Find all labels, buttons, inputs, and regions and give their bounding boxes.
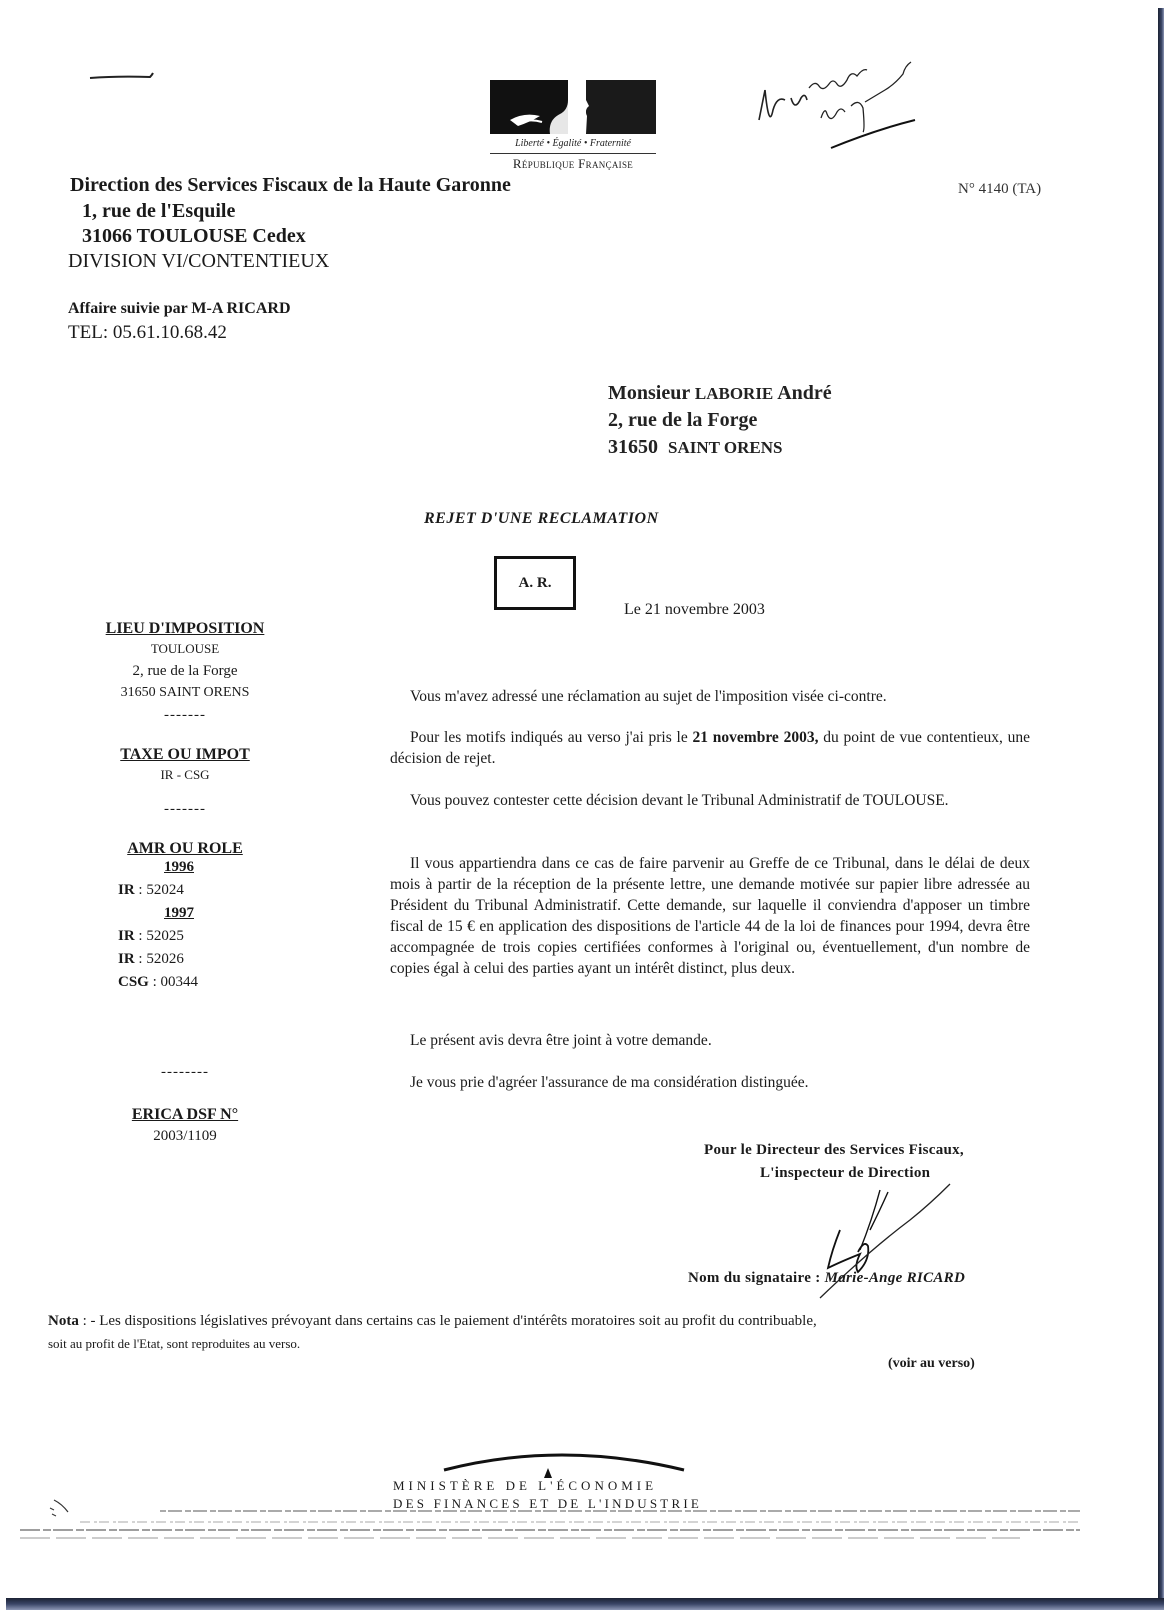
amr-entry: IR : 52026	[118, 948, 288, 971]
sender-division: DIVISION VI/CONTENTIEUX	[68, 250, 329, 273]
page-shadow-bottom	[6, 1598, 1164, 1610]
decision-date: 21 novembre 2003,	[693, 729, 819, 746]
sender-city: 31066 TOULOUSE Cedex	[82, 225, 306, 248]
amr-list: 1996 IR : 52024 1997 IR : 52025 IR : 520…	[118, 856, 288, 994]
separator: -------	[96, 704, 274, 726]
signatory-label: Nom du signataire :	[688, 1270, 821, 1286]
ar-stamp-box: A. R.	[494, 556, 576, 610]
amr-entry: IR : 52025	[118, 925, 288, 948]
recipient-firstname: André	[777, 382, 831, 404]
see-verso-note: (voir au verso)	[888, 1356, 975, 1372]
body-paragraph-4: Il vous appartiendra dans ce cas de fair…	[390, 853, 1030, 979]
logo-republic: République Française	[490, 156, 656, 172]
handwritten-annotation-icon: Aucune bagarre	[755, 40, 955, 150]
amr-year: 1997	[118, 905, 194, 921]
body-paragraph-6: Je vous prie d'agréer l'assurance de ma …	[390, 1072, 1030, 1093]
sender-phone: TEL: 05.61.10.68.42	[68, 322, 227, 344]
lieu-line: 2, rue de la Forge	[96, 660, 274, 682]
separator: -------	[96, 798, 274, 820]
pen-mark	[88, 72, 154, 82]
letter-subject: REJET D'UNE RECLAMATION	[424, 510, 659, 528]
recipient-name-line: Monsieur LABORIE André	[608, 380, 832, 407]
page-shadow-right	[1158, 8, 1164, 1610]
amr-entry: IR : 52024	[118, 879, 288, 902]
marianne-icon	[490, 80, 656, 134]
erica-value: 2003/1109	[96, 1128, 274, 1145]
scan-artifact-lines	[20, 1508, 1080, 1548]
reference-number: N° 4140 (TA)	[958, 181, 1041, 198]
body-paragraph-3: Vous pouvez contester cette décision dev…	[390, 790, 1030, 811]
body-paragraph-1: Vous m'avez adressé une réclamation au s…	[390, 686, 1030, 707]
logo-motto: Liberté • Égalité • Fraternité	[490, 138, 656, 149]
case-handler: Affaire suivie par M-A RICARD	[68, 300, 291, 318]
sender-organization: Direction des Services Fiscaux de la Hau…	[70, 174, 511, 197]
erica-heading: ERICA DSF N°	[96, 1106, 274, 1124]
sender-street: 1, rue de l'Esquile	[82, 200, 235, 223]
separator: --------	[96, 1064, 274, 1081]
amr-entry: CSG : 00344	[118, 971, 288, 994]
recipient-postcode: 31650	[608, 436, 658, 458]
lieu-heading: LIEU D'IMPOSITION	[96, 620, 274, 638]
ministry-line-1: MINISTÈRE DE L'ÉCONOMIE	[393, 1478, 657, 1494]
lieu-line: TOULOUSE	[96, 638, 274, 660]
recipient-street: 2, rue de la Forge	[608, 407, 832, 434]
amr-year: 1996	[118, 859, 194, 875]
letter-date: Le 21 novembre 2003	[624, 601, 765, 619]
letter-page: Liberté • Égalité • Fraternité Républiqu…	[0, 0, 1158, 1600]
scan-mark	[44, 1496, 84, 1526]
nota-line-2: soit au profit de l'Etat, sont reproduit…	[48, 1336, 300, 1352]
ministry-emblem-icon	[440, 1440, 690, 1480]
taxe-heading: TAXE OU IMPOT	[96, 746, 274, 764]
recipient-address: Monsieur LABORIE André 2, rue de la Forg…	[608, 380, 832, 461]
republique-francaise-logo: Liberté • Égalité • Fraternité Républiqu…	[490, 80, 656, 176]
recipient-title: Monsieur	[608, 382, 690, 404]
signatory-line: Nom du signataire : Marie-Ange RICARD	[688, 1270, 965, 1287]
logo-divider	[490, 153, 656, 154]
body-paragraph-2: Pour les motifs indiqués au verso j'ai p…	[390, 727, 1030, 769]
ar-label: A. R.	[519, 575, 552, 592]
signatory-name: Marie-Ange RICARD	[825, 1270, 966, 1286]
recipient-town: SAINT ORENS	[668, 438, 782, 457]
lieu-line: 31650 SAINT ORENS	[96, 682, 274, 704]
nota-label: Nota	[48, 1313, 79, 1329]
recipient-city-line: 31650 SAINT ORENS	[608, 434, 832, 461]
recipient-surname: LABORIE	[695, 384, 773, 403]
nota-line-1: Nota : - Les dispositions législatives p…	[48, 1313, 817, 1330]
body-paragraph-5: Le présent avis devra être joint à votre…	[390, 1030, 1030, 1051]
taxe-value: IR - CSG	[96, 764, 274, 786]
imposition-details: LIEU D'IMPOSITION TOULOUSE 2, rue de la …	[96, 620, 274, 858]
signature-for-line: Pour le Directeur des Services Fiscaux,	[704, 1142, 964, 1159]
